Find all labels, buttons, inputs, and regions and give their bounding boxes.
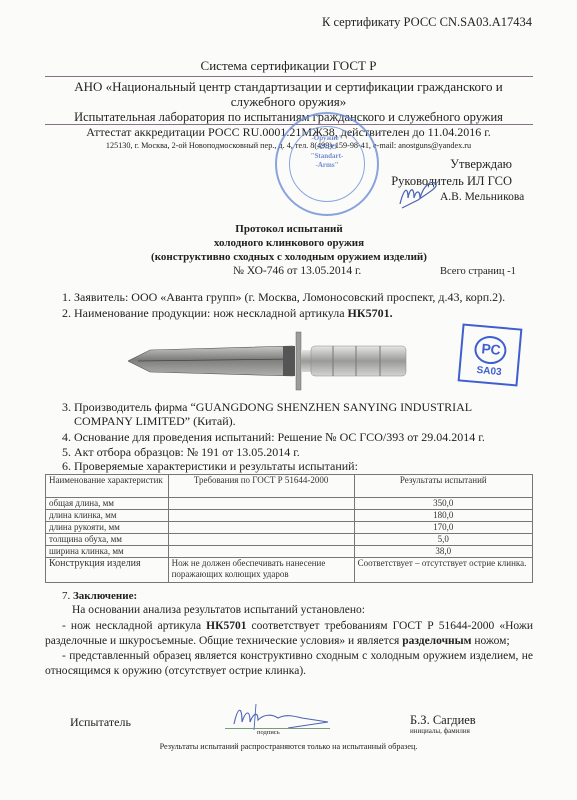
footer-note: Результаты испытаний распространяются то… (0, 742, 577, 751)
text-span: ножом; (472, 635, 510, 647)
round-seal-stamp: -Оружие" ANPO "Standart- -Arms" (275, 112, 379, 216)
table-cell: длина клинка, мм (46, 510, 169, 522)
protocol-number: № ХО-746 от 13.05.2014 г. (233, 265, 361, 277)
table-cell (168, 498, 354, 510)
sampling-act: 5. Акт отбора образцов: № 191 от 13.05.2… (62, 445, 300, 460)
table-cell: длина рукояти, мм (46, 522, 169, 534)
table-cell (168, 522, 354, 534)
protocol-title-line: Протокол испытаний (45, 222, 533, 236)
tester-name-caption: инициалы, фамилия (410, 727, 470, 735)
table-cell (168, 510, 354, 522)
mark-code: SA03 (476, 365, 502, 378)
table-row: длина рукояти, мм 170,0 (46, 522, 533, 534)
table-cell: общая длина, мм (46, 498, 169, 510)
stamp-line: ANPO (277, 143, 377, 152)
table-row: ширина клинка, мм 38,0 (46, 546, 533, 558)
text-span: - нож нескладной артикула (62, 620, 206, 632)
tester-role: Испытатель (70, 715, 131, 730)
header-cell: Требования по ГОСТ Р 51644-2000 (168, 475, 354, 498)
laboratory-name: Испытательная лаборатория по испытаниям … (0, 110, 577, 125)
table-cell (168, 534, 354, 546)
manufacturer-line-1: 3. Производитель фирма “GUANGDONG SHENZH… (62, 400, 472, 414)
protocol-title: Протокол испытаний холодного клинкового … (45, 222, 533, 264)
protocol-title-line: холодного клинкового оружия (45, 236, 533, 250)
table-cell: Конструкция изделия (46, 558, 169, 583)
table-row: Конструкция изделия Нож не должен обеспе… (46, 558, 533, 583)
test-basis: 4. Основание для проведения испытаний: Р… (62, 430, 485, 445)
table-cell: Нож не должен обеспечивать нанесение пор… (168, 558, 354, 583)
organization-line-1: АНО «Национальный центр стандартизации и… (0, 79, 577, 94)
stamp-text: -Оружие" ANPO "Standart- -Arms" (277, 134, 377, 170)
product-prefix: 2. Наименование продукции: нож нескладно… (62, 306, 348, 320)
stamp-line: -Arms" (277, 161, 377, 170)
category-bold: разделочным (402, 635, 471, 647)
applicant: 1. Заявитель: ООО «Аванта групп» (г. Мос… (62, 290, 505, 305)
table-cell: 180,0 (354, 510, 532, 522)
approval-label: Утверждаю (391, 156, 512, 173)
results-table: Наименование характеристик Требования по… (45, 474, 533, 583)
manufacturer: 3. Производитель фирма “GUANGDONG SHENZH… (62, 400, 472, 428)
tester-name: Б.З. Сагдиев (410, 713, 476, 728)
checked-characteristics: 6. Проверяемые характеристики и результа… (62, 459, 358, 474)
table-cell: толщина обуха, мм (46, 534, 169, 546)
header-cell: Результаты испытаний (354, 475, 532, 498)
header-cell: Наименование характеристик (46, 475, 169, 498)
divider (45, 76, 533, 77)
product-name: 2. Наименование продукции: нож нескладно… (62, 306, 393, 321)
table-row: толщина обуха, мм 5,0 (46, 534, 533, 546)
conclusion-title: 7. Заключение: (62, 590, 137, 602)
mark-logo-text: РС (481, 340, 501, 358)
approver-name: А.В. Мельникова (440, 191, 524, 203)
conclusion-number: 7. (62, 590, 73, 602)
product-suffix: . (390, 306, 393, 320)
table-cell: Соответствует – отсутствует острие клинк… (354, 558, 532, 583)
certification-system: Система сертификации ГОСТ Р (0, 58, 577, 74)
protocol-title-line: (конструктивно сходных с холодным оружие… (45, 250, 533, 264)
conclusion-title-text: Заключение: (73, 590, 137, 602)
total-pages: Всего страниц -1 (440, 266, 516, 277)
table-cell: 350,0 (354, 498, 532, 510)
conclusion-point-1: - нож нескладной артикула НК5701 соответ… (45, 619, 533, 649)
table-cell (168, 546, 354, 558)
signature-caption: подпись (257, 729, 280, 736)
organization-name: АНО «Национальный центр стандартизации и… (0, 79, 577, 109)
approver-signature-icon (396, 178, 441, 210)
stamp-line: "Standart- (277, 152, 377, 161)
conclusion-body: - нож нескладной артикула НК5701 соответ… (45, 619, 533, 679)
article-bold: НК5701 (206, 620, 246, 632)
table-cell: ширина клинка, мм (46, 546, 169, 558)
certification-mark: РС SA03 (458, 323, 523, 386)
rst-logo-icon: РС (473, 335, 507, 366)
conclusion-point-2: - представленный образец является констр… (45, 649, 533, 679)
table-cell: 5,0 (354, 534, 532, 546)
table-cell: 38,0 (354, 546, 532, 558)
table-row: длина клинка, мм 180,0 (46, 510, 533, 522)
table-header-row: Наименование характеристик Требования по… (46, 475, 533, 498)
conclusion-intro: На основании анализа результатов испытан… (72, 604, 365, 616)
knife-image (128, 330, 458, 392)
stamp-line: -Оружие" (277, 134, 377, 143)
manufacturer-line-2: COMPANY LIMITED” (Китай). (62, 414, 472, 428)
table-cell: 170,0 (354, 522, 532, 534)
table-row: общая длина, мм 350,0 (46, 498, 533, 510)
product-article: НК5701 (348, 306, 390, 320)
organization-line-2: служебного оружия» (0, 94, 577, 109)
certificate-reference: К сертификату РОСС CN.SA03.A17434 (322, 15, 532, 30)
